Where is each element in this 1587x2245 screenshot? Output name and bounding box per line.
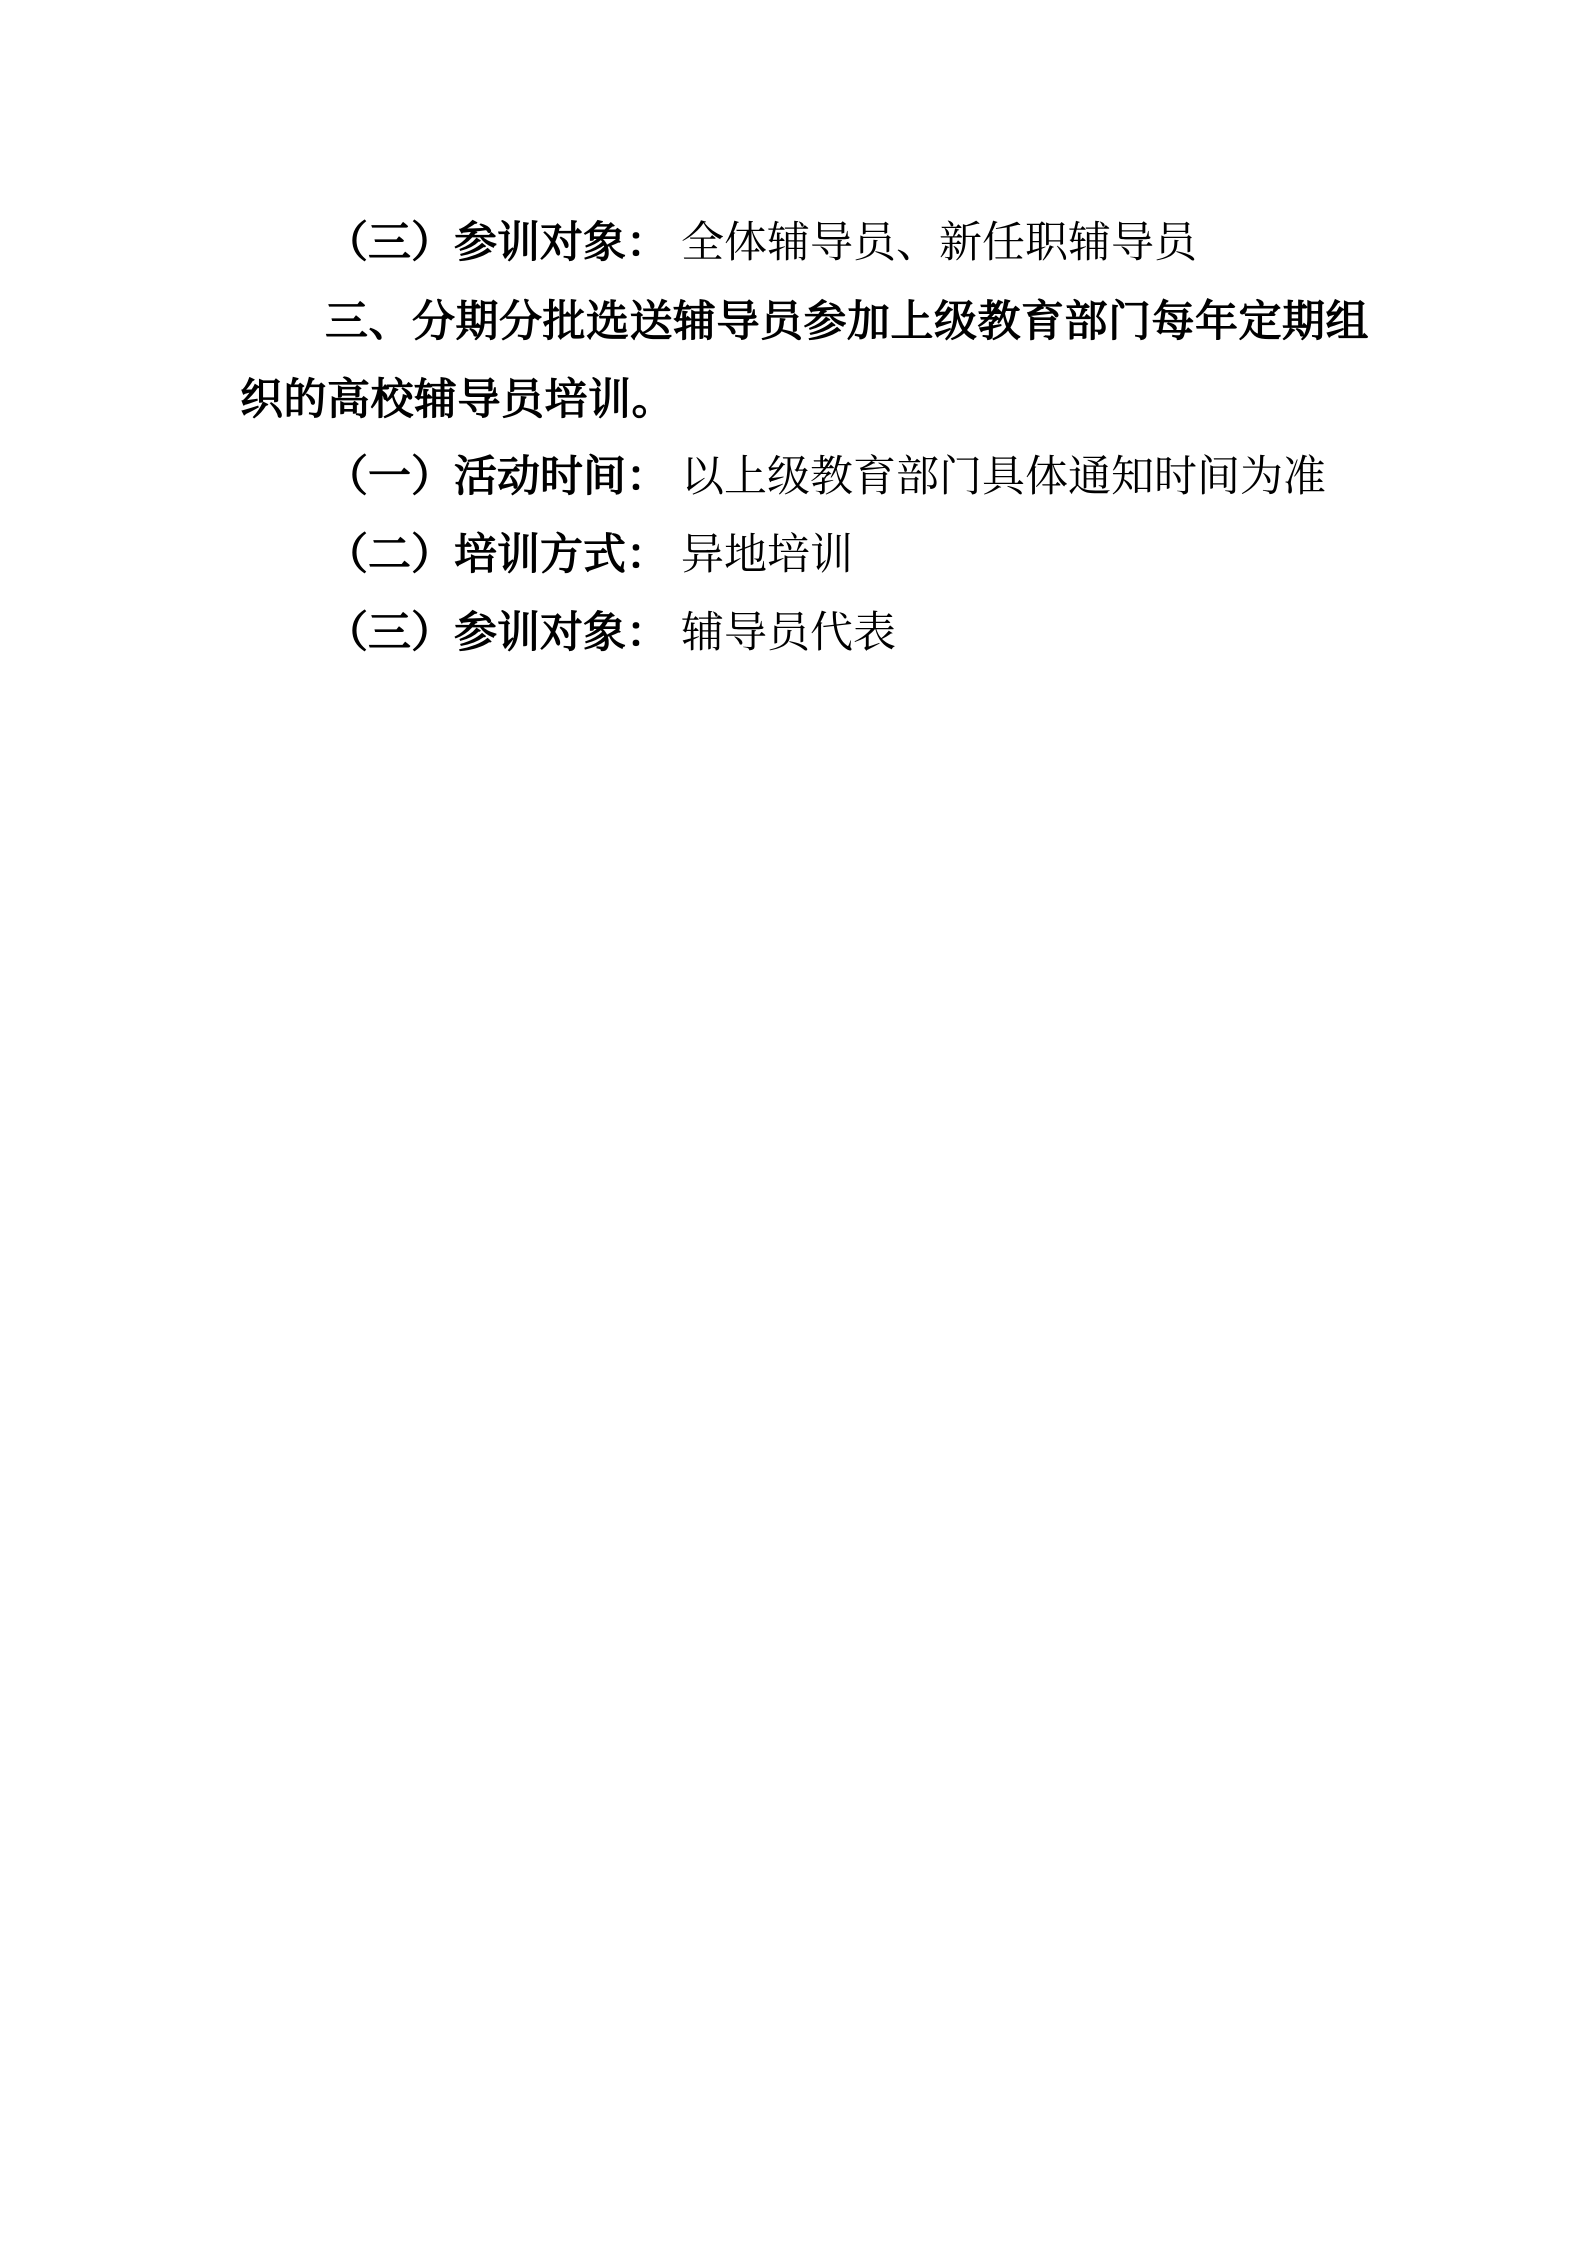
item-label: （二）培训方式： [325, 532, 669, 579]
section-heading-line-2: 织的高校辅导员培训。 [240, 361, 1347, 439]
item-label: （一）活动时间： [325, 454, 669, 501]
item-value: 辅导员代表 [681, 610, 896, 657]
section-heading-text-2: 织的高校辅导员培训。 [240, 376, 675, 424]
section-heading-text-1: 三、分期分批选送辅导员参加上级教育部门每年定期组 [325, 298, 1369, 346]
item-value: 全体辅导员、新任职辅导员 [681, 220, 1197, 267]
list-item-participants-prev: （三）参训对象：全体辅导员、新任职辅导员 [240, 205, 1347, 283]
list-item-participants: （三）参训对象：辅导员代表 [240, 595, 1347, 673]
item-value: 以上级教育部门具体通知时间为准 [681, 454, 1326, 501]
item-label: （三）参训对象： [325, 610, 669, 657]
item-value: 异地培训 [681, 532, 853, 579]
list-item-training-method: （二）培训方式：异地培训 [240, 517, 1347, 595]
section-heading-line-1: 三、分期分批选送辅导员参加上级教育部门每年定期组 [240, 283, 1347, 361]
document-page: （三）参训对象：全体辅导员、新任职辅导员 三、分期分批选送辅导员参加上级教育部门… [0, 0, 1587, 2245]
list-item-activity-time: （一）活动时间：以上级教育部门具体通知时间为准 [240, 439, 1347, 517]
item-label: （三）参训对象： [325, 220, 669, 267]
